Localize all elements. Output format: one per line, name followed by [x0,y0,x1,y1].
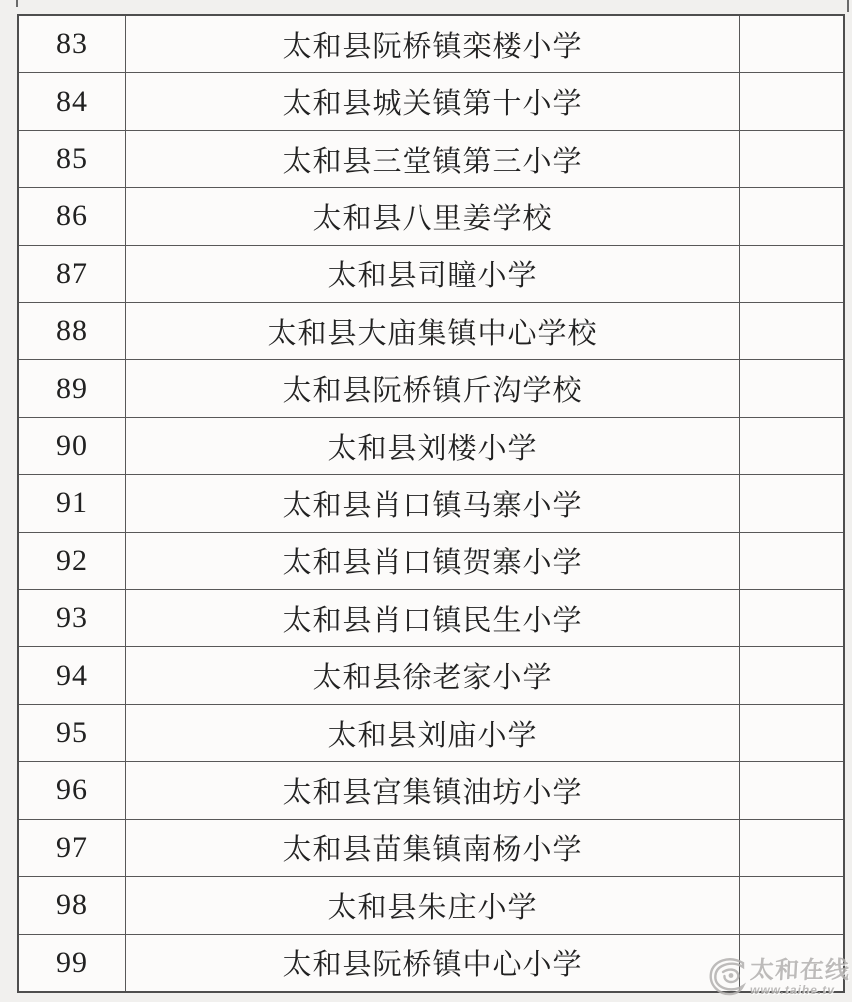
row-number: 85 [19,131,125,187]
table-row: 84 太和县城关镇第十小学 [19,72,843,129]
table-row: 87 太和县司瞳小学 [19,245,843,302]
remark-cell [739,16,843,72]
remark-cell [739,303,843,359]
table-row: 95 太和县刘庙小学 [19,704,843,761]
school-name: 太和县八里姜学校 [125,188,739,244]
table-row: 91 太和县肖口镇马寨小学 [19,474,843,531]
school-name: 太和县阮桥镇中心小学 [125,935,739,991]
remark-cell [739,188,843,244]
school-table: 83 太和县阮桥镇栾楼小学 84 太和县城关镇第十小学 85 太和县三堂镇第三小… [17,14,845,993]
school-name: 太和县苗集镇南杨小学 [125,820,739,876]
table-row: 96 太和县宫集镇油坊小学 [19,761,843,818]
row-number: 88 [19,303,125,359]
row-number: 92 [19,533,125,589]
table-row: 99 太和县阮桥镇中心小学 [19,934,843,991]
table-row: 89 太和县阮桥镇斤沟学校 [19,359,843,416]
remark-cell [739,475,843,531]
row-number: 83 [19,16,125,72]
remark-cell [739,73,843,129]
table-row: 92 太和县肖口镇贺寨小学 [19,532,843,589]
school-name: 太和县司瞳小学 [125,246,739,302]
remark-cell [739,131,843,187]
row-number: 87 [19,246,125,302]
school-name: 太和县肖口镇贺寨小学 [125,533,739,589]
remark-cell [739,246,843,302]
remark-cell [739,762,843,818]
school-name: 太和县刘楼小学 [125,418,739,474]
table-row: 88 太和县大庙集镇中心学校 [19,302,843,359]
school-name: 太和县肖口镇马寨小学 [125,475,739,531]
remark-cell [739,647,843,703]
remark-cell [739,877,843,933]
row-number: 91 [19,475,125,531]
table-row: 90 太和县刘楼小学 [19,417,843,474]
table-row: 98 太和县朱庄小学 [19,876,843,933]
row-number: 99 [19,935,125,991]
school-name: 太和县大庙集镇中心学校 [125,303,739,359]
school-name: 太和县宫集镇油坊小学 [125,762,739,818]
remark-cell [739,418,843,474]
table-row: 83 太和县阮桥镇栾楼小学 [19,16,843,72]
remark-cell [739,533,843,589]
school-name: 太和县三堂镇第三小学 [125,131,739,187]
row-number: 97 [19,820,125,876]
row-number: 93 [19,590,125,646]
row-number: 96 [19,762,125,818]
table-row: 85 太和县三堂镇第三小学 [19,130,843,187]
school-name: 太和县徐老家小学 [125,647,739,703]
table-row: 93 太和县肖口镇民生小学 [19,589,843,646]
table-row: 94 太和县徐老家小学 [19,646,843,703]
table-border-stub-right [847,0,849,12]
row-number: 89 [19,360,125,416]
table-row: 86 太和县八里姜学校 [19,187,843,244]
remark-cell [739,590,843,646]
row-number: 94 [19,647,125,703]
school-name: 太和县城关镇第十小学 [125,73,739,129]
school-name: 太和县阮桥镇栾楼小学 [125,16,739,72]
row-number: 98 [19,877,125,933]
remark-cell [739,705,843,761]
table-border-stub-left [16,0,18,7]
remark-cell [739,820,843,876]
table-row: 97 太和县苗集镇南杨小学 [19,819,843,876]
row-number: 90 [19,418,125,474]
row-number: 84 [19,73,125,129]
row-number: 95 [19,705,125,761]
row-number: 86 [19,188,125,244]
remark-cell [739,935,843,991]
school-name: 太和县肖口镇民生小学 [125,590,739,646]
school-name: 太和县阮桥镇斤沟学校 [125,360,739,416]
school-name: 太和县刘庙小学 [125,705,739,761]
remark-cell [739,360,843,416]
school-name: 太和县朱庄小学 [125,877,739,933]
